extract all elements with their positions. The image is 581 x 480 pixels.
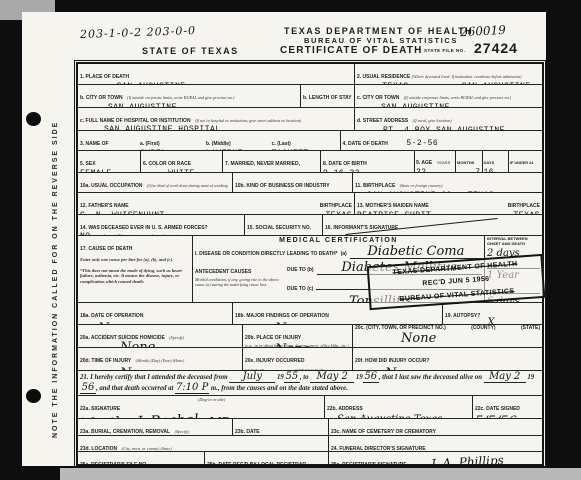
age-under-label: IF UNDER 24 HRS. [510, 161, 533, 172]
field-registrar-signature: 25c. REGISTRAR'S SIGNATURE J. A. Phillip… [328, 452, 542, 464]
punch-hole-bottom [26, 389, 41, 403]
field-sex: 5. SEX FEMALE [78, 151, 140, 172]
registrar-sig-label: 25c. REGISTRAR'S SIGNATURE [331, 462, 407, 464]
field-name-label: 3. NAME OF DECEASED (Type or Print) [78, 131, 138, 150]
field-physician-address: 22b. ADDRESS San Augustine Texas [324, 396, 472, 418]
race-label: 6. COLOR OR RACE [143, 161, 191, 167]
field-injury-time: 20d. TIME OF INJURY (Month) (Day) (Year)… [78, 348, 242, 370]
accident-value: None [120, 341, 240, 347]
ssn-label: 15. SOCIAL SECURITY NO. [247, 225, 311, 231]
field-date-signed: 22c. DATE SIGNED 5/5/56 [472, 396, 542, 418]
handwritten-codes: 203-1-0-2 203-0-0 [80, 24, 196, 41]
street-value: RT. 4 BOX SAN AUGUSTINE [383, 127, 540, 130]
first-label: a. (First) [140, 141, 160, 147]
death-date-label: 4. DATE OF DEATH [343, 141, 388, 147]
field-res-city: c. CITY OR TOWN (If outside corporate li… [354, 85, 542, 107]
row-forces-informant: 14. WAS DECEASED EVER IN U. S. ARMED FOR… [78, 214, 542, 235]
row-physician: 22a. SIGNATURE (Degree or title) Martha … [78, 395, 542, 418]
length-of-stay-label: b. LENGTH OF STAY in this place [303, 95, 352, 107]
punch-hole-top [26, 112, 41, 126]
field-father: 12. FATHER'S NAME C. N. WHISENHUNT BIRTH… [78, 193, 354, 214]
stamp-line3: BUREAU OF VITAL STATISTICS [399, 288, 514, 302]
field-occupation: 10a. USUAL OCCUPATION (Give kind of work… [78, 173, 232, 192]
field-injury-city: 20c. (CITY, TOWN, OR PRECINCT NO.) (COUN… [352, 325, 542, 347]
film-bottom-strip [60, 468, 581, 480]
mother-value: BEATRICE CUPIT [357, 212, 431, 214]
hospital-label: c. FULL NAME OF HOSPITAL OR INSTITUTION [80, 118, 191, 124]
cause-title: 17. CAUSE OF DEATH [80, 246, 132, 252]
residence-fine: (Where deceased lived. If institution: r… [412, 74, 522, 79]
field-length-of-stay: b. LENGTH OF STAY in this place [300, 85, 354, 107]
res-city-fine: (If outside corporate limits, write RURA… [404, 95, 511, 100]
op-date-label: 18a. DATE OF OPERATION [80, 313, 143, 319]
field-certify: 21. I hereby certify that I attended the… [78, 371, 542, 395]
op-findings-label: 18b. MAJOR FINDINGS OF OPERATION [235, 313, 329, 319]
cause-line1-label: I. DISEASE OR CONDITION DIRECTLY LEADING… [195, 252, 338, 258]
sex-value: FEMALE [80, 170, 138, 172]
field-ssn: 15. SOCIAL SECURITY NO. [244, 215, 322, 235]
row-sex-age: 5. SEX FEMALE 6. COLOR OR RACE WHITE 7. … [78, 150, 542, 172]
age-years-label: YEARS [437, 160, 451, 165]
row-certify: 21. I hereby certify that I attended the… [78, 370, 542, 395]
injury-place-label: 20b. PLACE OF INJURY [245, 335, 301, 341]
row-burial: 23a. BURIAL, CREMATION, REMOVAL (Specify… [78, 418, 542, 435]
registrar-recd-label: 25b. DATE REC'D BY LOCAL REGISTRAR [207, 462, 306, 464]
funeral-director-label: 24. FUNERAL DIRECTOR'S SIGNATURE [331, 446, 426, 451]
res-city-label: c. CITY OR TOWN [357, 95, 399, 101]
physician-addr-label: 22b. ADDRESS [327, 406, 363, 412]
physician-addr-value: San Augustine Texas [337, 415, 470, 418]
row-hospital-street: c. FULL NAME OF HOSPITAL OR INSTITUTION … [78, 107, 542, 130]
age-days-label: DAYS [484, 160, 495, 165]
row-name: 3. NAME OF DECEASED (Type or Print) a. (… [78, 130, 542, 150]
department-title: TEXAS DEPARTMENT OF HEALTH [284, 26, 473, 36]
age-years-value: 22 [416, 169, 454, 172]
physician-sig-fine: (Degree or title) [198, 398, 225, 403]
certify-p3: , that I last saw the deceased alive on [379, 374, 482, 381]
place-city-label: b. CITY OR TOWN [80, 95, 123, 101]
row-parents: 12. FATHER'S NAME C. N. WHISENHUNT BIRTH… [78, 192, 542, 214]
antecedent-fine: Morbid conditions, if any, giving rise t… [195, 278, 283, 287]
forces-label: 14. WAS DECEASED EVER IN U. S. ARMED FOR… [80, 225, 208, 231]
field-mother: 13. MOTHER'S MAIDEN NAME BEATRICE CUPIT … [354, 193, 542, 214]
field-race: 6. COLOR OR RACE WHITE [140, 151, 222, 172]
certify-to: May 2 [310, 372, 354, 383]
injury-occurred-label: 20e. INJURY OCCURRED [245, 358, 304, 364]
field-burial-date: 23b. DATE 5-4-56 [232, 419, 328, 435]
field-cause-notes: 17. CAUSE OF DEATH Enter only one cause … [78, 236, 192, 302]
occupation-label: 10a. USUAL OCCUPATION [80, 183, 143, 189]
father-bp-label: BIRTHPLACE [320, 203, 352, 209]
certificate-paper: NOTE THE INFORMATION CALLED FOR ON THE R… [22, 12, 546, 466]
stamp-line2: REC'D JUN 5 1956 [422, 276, 490, 288]
cause-line3-label: DUE TO (c) [287, 287, 313, 293]
accident-fine: (Specify) [169, 335, 184, 340]
field-autopsy: 19. AUTOPSY? YES NO X [442, 303, 542, 324]
marital-label: 7. MARRIED, NEVER MARRIED, WIDOWED, DIVO… [225, 161, 300, 172]
county-value: SAN AUGUSTINE [117, 83, 186, 84]
mother-label: 13. MOTHER'S MAIDEN NAME [357, 203, 429, 209]
place-city-fine: (If outside corporate limits, write RURA… [127, 95, 234, 100]
place-of-death-label: 1. PLACE OF DEATH [80, 74, 129, 80]
autopsy-label: 19. AUTOPSY? [445, 313, 480, 319]
field-business: 10b. KIND OF BUSINESS OR INDUSTRY [232, 173, 352, 192]
hospital-value: SAN AUGUSTINE HOSPITAL [104, 126, 352, 130]
while-at-work-label: WHILE AT WORK [245, 369, 277, 370]
cause-line1-tag: (a) [341, 252, 347, 258]
age-months-label: MONTHS [457, 160, 474, 165]
residence-label: 2. USUAL RESIDENCE [357, 74, 410, 80]
certify-alive: May 2 [484, 372, 526, 383]
field-date-of-death: 4. DATE OF DEATH 5-2-56 [340, 131, 543, 150]
state-of-texas: STATE OF TEXAS [142, 46, 239, 56]
certificate-header: 203-1-0-2 203-0-0 TEXAS DEPARTMENT OF HE… [22, 12, 546, 62]
mother-bp-value: TEXAS [508, 212, 540, 214]
certify-p4: , and that death occurred at [96, 385, 173, 392]
certify-y1: 19 [277, 374, 284, 381]
date-signed-value: 5/5/56 [475, 415, 540, 418]
antecedent-label: ANTECEDENT CAUSES [195, 269, 251, 275]
not-while-at-work-label: NOT WHILE AT WORK [295, 369, 337, 370]
certify-y1v: 55 [284, 372, 300, 383]
age-days-value: 16 [484, 169, 508, 172]
field-registrar-file: 25a. REGISTRAR'S FILE NO. [78, 452, 204, 464]
location-fine: (City, town, or county) (State) [122, 446, 172, 451]
stamp-line1: TEXAS DEPARTMENT OF HEALTH [392, 261, 517, 277]
certify-y3: 19 [527, 374, 534, 381]
state-file-no-label: STATE FILE NO. [424, 48, 465, 53]
field-registrar-recd: 25b. DATE REC'D BY LOCAL REGISTRAR 5-8-5… [204, 452, 328, 464]
field-place-city: b. CITY OR TOWN (If outside corporate li… [78, 85, 300, 107]
how-injury-label: 20f. HOW DID INJURY OCCUR? [355, 358, 429, 364]
certify-from: July [229, 372, 275, 383]
field-cemetery: 23c. NAME OF CEMETERY OR CREMATORY LIBER… [328, 419, 542, 435]
cause-note2: *This does not mean the mode of dying, s… [80, 268, 190, 285]
street-fine: (If rural, give location) [413, 118, 452, 123]
row-place-residence: 1. PLACE OF DEATH a. COUNTY SAN AUGUSTIN… [78, 64, 542, 84]
registrar-file-label: 25a. REGISTRAR'S FILE NO. [80, 462, 148, 464]
cause-note1: Enter only one cause per line for (a), (… [80, 257, 190, 263]
injury-time-fine: (Month) (Day) (Year) (Hour) [136, 358, 185, 363]
field-age: 9. AGE YEARS 22 MONTHS 7 DAYS 16 IF UNDE… [414, 151, 542, 172]
field-marital: 7. MARRIED, NEVER MARRIED, WIDOWED, DIVO… [222, 151, 320, 172]
birthplace-label: 11. BIRTHPLACE [355, 183, 395, 189]
field-how-injury: 20f. HOW DID INJURY OCCUR? None [352, 348, 542, 370]
injury-city-value: None [401, 332, 540, 345]
handwritten-number: 260019 [460, 23, 506, 39]
field-burial: 23a. BURIAL, CREMATION, REMOVAL (Specify… [78, 419, 232, 435]
race-value: WHITE [143, 170, 220, 172]
bureau-title: BUREAU OF VITAL STATISTICS [304, 36, 458, 45]
certify-p2: , to [300, 374, 309, 381]
field-informant: 16. INFORMANT'S SIGNATURE Walter Tackett [322, 215, 542, 235]
field-usual-residence: 2. USUAL RESIDENCE (Where deceased lived… [354, 64, 542, 84]
field-dob: 8. DATE OF BIRTH 9-16-33 [320, 151, 414, 172]
age-label: 9. AGE [416, 160, 432, 166]
field-injury-occurred: 20e. INJURY OCCURRED WHILE AT WORK NOT W… [242, 348, 352, 370]
name-title: 3. NAME OF DECEASED [80, 141, 109, 150]
op-date-value: None [98, 322, 230, 324]
certify-p5: m., from the causes and on the date stat… [211, 385, 348, 392]
injury-time-label: 20d. TIME OF INJURY [80, 358, 131, 364]
state-file-no: 27424 [474, 40, 518, 56]
father-value: C. N. WHISENHUNT [80, 212, 165, 214]
cause-line2-label: DUE TO (b) [287, 268, 314, 274]
field-birthplace: 11. BIRTHPLACE (State or foreign country… [352, 173, 542, 192]
field-street-address: d. STREET ADDRESS (If rural, give locati… [354, 108, 542, 130]
death-date-value: 5-2-56 [406, 139, 438, 148]
burial-fine: (Specify) [175, 429, 190, 434]
injury-time-value: None [120, 367, 155, 370]
row-registrar: 25a. REGISTRAR'S FILE NO. 25b. DATE REC'… [78, 451, 542, 464]
res-city-value: SAN AUGUSTINE [381, 104, 540, 107]
sex-label: 5. SEX [80, 161, 96, 167]
registrar-signature: J. A. Phillips [431, 454, 504, 464]
op-findings-value: None [275, 322, 440, 324]
hospital-fine: (If not in hospital or institution, give… [195, 118, 301, 123]
physician-signature: Martha J. Bechel, [80, 413, 203, 418]
field-hospital: c. FULL NAME OF HOSPITAL OR INSTITUTION … [78, 108, 354, 130]
physician-sig-label: 22a. SIGNATURE [80, 406, 120, 412]
row-city: b. CITY OR TOWN (If outside corporate li… [78, 84, 542, 107]
business-label: 10b. KIND OF BUSINESS OR INDUSTRY [235, 183, 330, 189]
margin-note: NOTE THE INFORMATION CALLED FOR ON THE R… [52, 108, 59, 438]
field-injury-place: 20b. PLACE OF INJURY (e.g., in or about … [242, 325, 352, 347]
certificate-title: CERTIFICATE OF DEATH [280, 45, 423, 56]
res-county-value: SAN AUGUSTINE [462, 83, 531, 84]
field-physician-signature: 22a. SIGNATURE (Degree or title) Martha … [78, 396, 324, 418]
certify-y3v: 56 [80, 383, 96, 394]
row-cause: 17. CAUSE OF DEATH Enter only one cause … [78, 235, 542, 302]
father-label: 12. FATHER'S NAME [80, 203, 129, 209]
cause-line1-value: Diabetic Coma [350, 245, 482, 259]
dob-label: 8. DATE OF BIRTH [323, 161, 367, 167]
certify-y2: 19 [356, 374, 363, 381]
date-signed-label: 22c. DATE SIGNED [475, 406, 520, 412]
row-occupation: 10a. USUAL OCCUPATION (Give kind of work… [78, 172, 542, 192]
row-operation: 18a. DATE OF OPERATION None 18b. MAJOR F… [78, 302, 542, 324]
row-injury-time: 20d. TIME OF INJURY (Month) (Day) (Year)… [78, 347, 542, 370]
interval-label: INTERVAL BETWEEN ONSET AND DEATH [487, 237, 540, 246]
birthplace-fine: (State or foreign country) [400, 183, 443, 188]
field-accident: 20a. ACCIDENT SUICIDE HOMICIDE (Specify)… [78, 325, 242, 347]
field-place-of-death: 1. PLACE OF DEATH a. COUNTY SAN AUGUSTIN… [78, 64, 354, 84]
certify-y2v: 56 [363, 372, 379, 383]
field-operation-date: 18a. DATE OF OPERATION None [78, 303, 232, 324]
physician-degree: MD [209, 416, 231, 418]
state-value: TEXAS [382, 83, 409, 84]
row-location-director: 23d. LOCATION (City, town, or county) (S… [78, 435, 542, 451]
street-label: d. STREET ADDRESS [357, 118, 408, 124]
injury-county-label: (COUNTY) [471, 326, 495, 332]
certificate-form: 1. PLACE OF DEATH a. COUNTY SAN AUGUSTIN… [76, 62, 544, 466]
age-months-value: 7 [457, 169, 481, 172]
father-bp-value: TEXAS [320, 212, 352, 214]
medical-certification-title: MEDICAL CERTIFICATION [195, 237, 482, 244]
row-accident: 20a. ACCIDENT SUICIDE HOMICIDE (Specify)… [78, 324, 542, 347]
injury-state-label: (STATE) [521, 326, 540, 332]
dob-value: 9-16-33 [323, 170, 412, 172]
field-funeral-director: 24. FUNERAL DIRECTOR'S SIGNATURE Charles… [328, 436, 542, 451]
how-injury-value: None [385, 367, 540, 370]
certify-time: 7:10 P [175, 383, 209, 394]
field-armed-forces: 14. WAS DECEASED EVER IN U. S. ARMED FOR… [78, 215, 244, 235]
field-burial-location: 23d. LOCATION (City, town, or county) (S… [78, 436, 328, 451]
autopsy-no-mark: X [488, 318, 495, 324]
last-label: c. (Last) [272, 141, 291, 147]
mother-bp-label: BIRTHPLACE [508, 203, 540, 209]
certify-p1: 21. I hereby certify that I attended the… [80, 374, 228, 381]
place-city-value: SAN AUGUSTINE [108, 104, 298, 107]
field-name-values: a. (First) SYBIL b. (Middle) LAVERNE c. … [138, 131, 340, 150]
middle-label: b. (Middle) [206, 141, 231, 147]
location-label: 23d. LOCATION [80, 446, 117, 451]
